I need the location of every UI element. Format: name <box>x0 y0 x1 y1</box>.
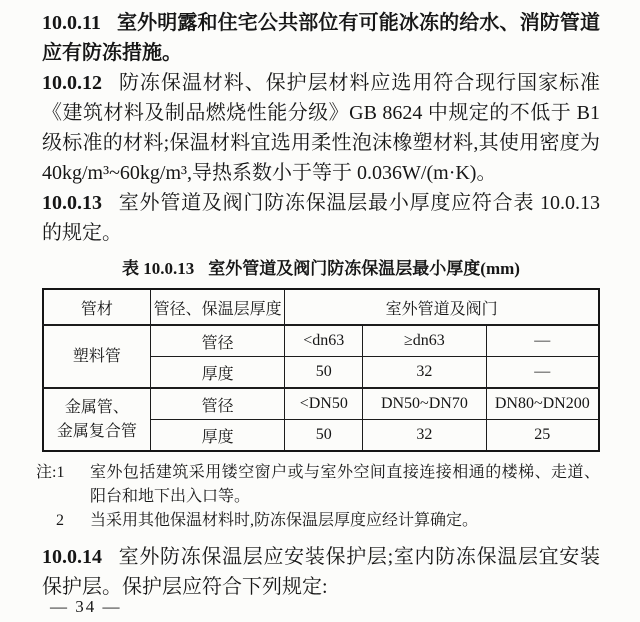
cell-plastic-material: 塑料管 <box>43 325 150 388</box>
cell-plastic-diameter-label: 管径 <box>150 325 285 357</box>
cell-plastic-thickness-3: — <box>486 357 599 389</box>
clause-10-0-14: 10.0.14室外防冻保温层应安装保护层;室内防冻保温层宜安装保护层。保护层应符… <box>42 542 600 602</box>
cell-plastic-diameter-2: ≥dn63 <box>363 325 486 357</box>
clause-10-0-13-text: 室外管道及阀门防冻保温层最小厚度应符合表 10.0.13 的规定。 <box>42 192 600 244</box>
table-caption-title: 室外管道及阀门防冻保温层最小厚度(mm) <box>208 259 520 278</box>
note-1-text: 室外包括建筑采用镂空窗户或与室外空间直接连接相通的楼梯、走道、阳台和地下出入口等… <box>84 461 600 509</box>
note-1-label: 注:1 <box>36 461 84 509</box>
cell-plastic-diameter-1: <dn63 <box>285 325 363 357</box>
table-row-metal-diameter: 金属管、 金属复合管 管径 <DN50 DN50~DN70 DN80~DN200 <box>43 388 599 420</box>
clause-10-0-11-text: 室外明露和住宅公共部位有可能冰冻的给水、消防管道应有防冻措施。 <box>42 12 600 64</box>
clause-10-0-11: 10.0.11室外明露和住宅公共部位有可能冰冻的给水、消防管道应有防冻措施。 <box>42 8 600 68</box>
cell-plastic-diameter-3: — <box>486 325 599 357</box>
cell-metal-thickness-3: 25 <box>486 420 599 452</box>
cell-metal-thickness-1: 50 <box>285 420 363 452</box>
page-number: — 34 — <box>50 597 122 617</box>
cell-metal-diameter-1: <DN50 <box>285 388 363 420</box>
table-caption-label: 表 10.0.13 <box>122 259 194 278</box>
clause-10-0-13-number: 10.0.13 <box>42 192 118 214</box>
clause-10-0-12-text: 防冻保温材料、保护层材料应选用符合现行国家标准《建筑材料及制品燃烧性能分级》GB… <box>42 72 600 184</box>
header-cell-outdoor-pipes: 室外管道及阀门 <box>285 289 599 325</box>
note-2-label: 2 <box>36 509 84 533</box>
cell-plastic-thickness-label: 厚度 <box>150 357 285 389</box>
clause-10-0-13: 10.0.13室外管道及阀门防冻保温层最小厚度应符合表 10.0.13 的规定。 <box>42 188 600 248</box>
note-2-text: 当采用其他保温材料时,防冻保温层厚度应经计算确定。 <box>84 509 600 533</box>
cell-plastic-thickness-2: 32 <box>363 357 486 389</box>
cell-metal-thickness-label: 厚度 <box>150 420 285 452</box>
clause-10-0-14-number: 10.0.14 <box>42 546 118 568</box>
table-header-row: 管材 管径、保温层厚度 室外管道及阀门 <box>43 289 599 325</box>
table-row-plastic-diameter: 塑料管 管径 <dn63 ≥dn63 — <box>43 325 599 357</box>
clause-10-0-12-number: 10.0.12 <box>42 72 118 94</box>
header-cell-material: 管材 <box>43 289 150 325</box>
clause-10-0-12: 10.0.12防冻保温材料、保护层材料应选用符合现行国家标准《建筑材料及制品燃烧… <box>42 68 600 188</box>
document-page: 10.0.11室外明露和住宅公共部位有可能冰冻的给水、消防管道应有防冻措施。 1… <box>0 0 640 622</box>
note-2: 2 当采用其他保温材料时,防冻保温层厚度应经计算确定。 <box>36 509 600 533</box>
cell-metal-material: 金属管、 金属复合管 <box>43 388 150 451</box>
table-notes: 注:1 室外包括建筑采用镂空窗户或与室外空间直接连接相通的楼梯、走道、阳台和地下… <box>36 461 600 533</box>
cell-metal-diameter-3: DN80~DN200 <box>486 388 599 420</box>
note-1: 注:1 室外包括建筑采用镂空窗户或与室外空间直接连接相通的楼梯、走道、阳台和地下… <box>36 461 600 509</box>
cell-plastic-thickness-1: 50 <box>285 357 363 389</box>
clause-10-0-11-number: 10.0.11 <box>42 12 117 34</box>
cell-metal-thickness-2: 32 <box>363 420 486 452</box>
clause-10-0-14-text: 室外防冻保温层应安装保护层;室内防冻保温层宜安装保护层。保护层应符合下列规定: <box>42 546 600 598</box>
header-cell-dimension: 管径、保温层厚度 <box>150 289 285 325</box>
table-caption: 表 10.0.13室外管道及阀门防冻保温层最小厚度(mm) <box>42 256 600 282</box>
insulation-thickness-table: 管材 管径、保温层厚度 室外管道及阀门 塑料管 管径 <dn63 ≥dn63 —… <box>42 288 600 452</box>
cell-metal-diameter-2: DN50~DN70 <box>363 388 486 420</box>
cell-metal-diameter-label: 管径 <box>150 388 285 420</box>
